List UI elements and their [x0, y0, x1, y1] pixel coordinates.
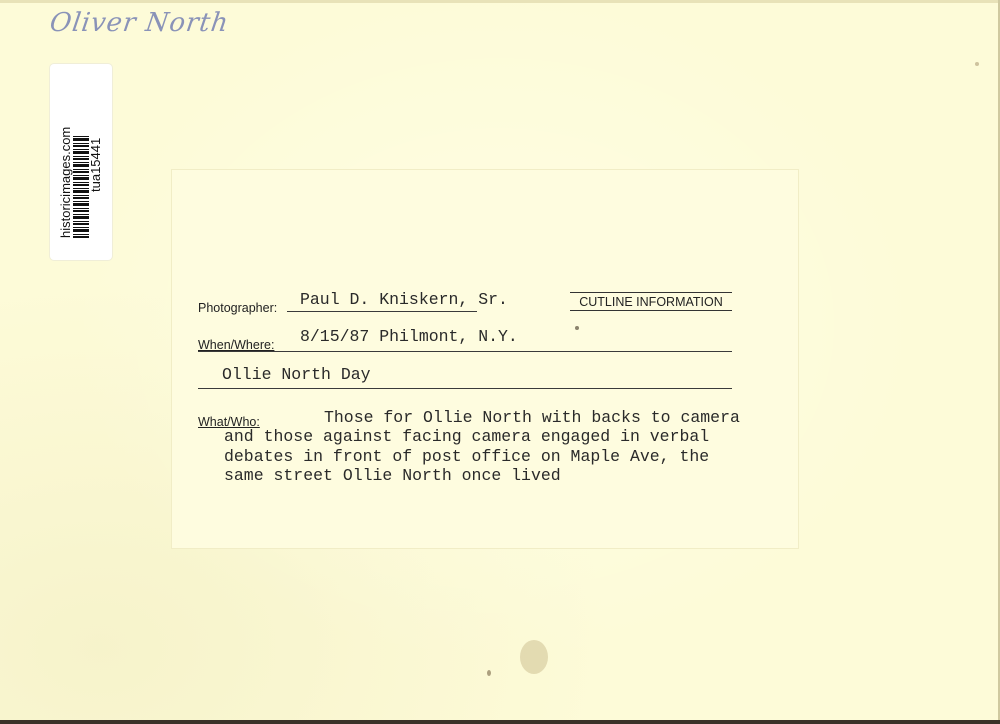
- description-line: and those against facing camera engaged …: [224, 427, 709, 446]
- description-line: debates in front of post office on Maple…: [224, 447, 709, 466]
- label-site-text: historicimages.com: [59, 72, 73, 252]
- what-who-description: Those for Ollie North with backs to came…: [224, 408, 740, 485]
- photographer-rule: [287, 311, 477, 312]
- stain: [487, 670, 491, 676]
- when-where-rule: [198, 351, 732, 352]
- photographer-label: Photographer:: [198, 301, 277, 315]
- title-rule: [198, 388, 732, 389]
- description-line: Those for Ollie North with backs to came…: [224, 408, 740, 427]
- barcode-icon: [73, 134, 89, 238]
- description-line: same street Ollie North once lived: [224, 466, 561, 485]
- photographer-value: Paul D. Kniskern, Sr.: [300, 290, 508, 309]
- when-where-value: 8/15/87 Philmont, N.Y.: [300, 327, 518, 346]
- label-item-id: tua15441: [89, 72, 103, 252]
- archive-barcode-label: historicimages.com tua15441: [50, 64, 112, 260]
- cutline-card: Photographer: Paul D. Kniskern, Sr. CUTL…: [172, 170, 798, 548]
- title-line: Ollie North Day: [222, 365, 371, 384]
- stain: [520, 640, 548, 674]
- when-where-label: When/Where:: [198, 338, 274, 352]
- handwritten-note: Oliver North: [48, 8, 231, 38]
- photo-back-paper: Oliver North historicimages.com tua15441…: [0, 0, 1000, 720]
- cutline-header: CUTLINE INFORMATION: [570, 292, 732, 311]
- stain: [575, 326, 579, 330]
- stain: [975, 62, 979, 66]
- paper-edge: [0, 0, 998, 3]
